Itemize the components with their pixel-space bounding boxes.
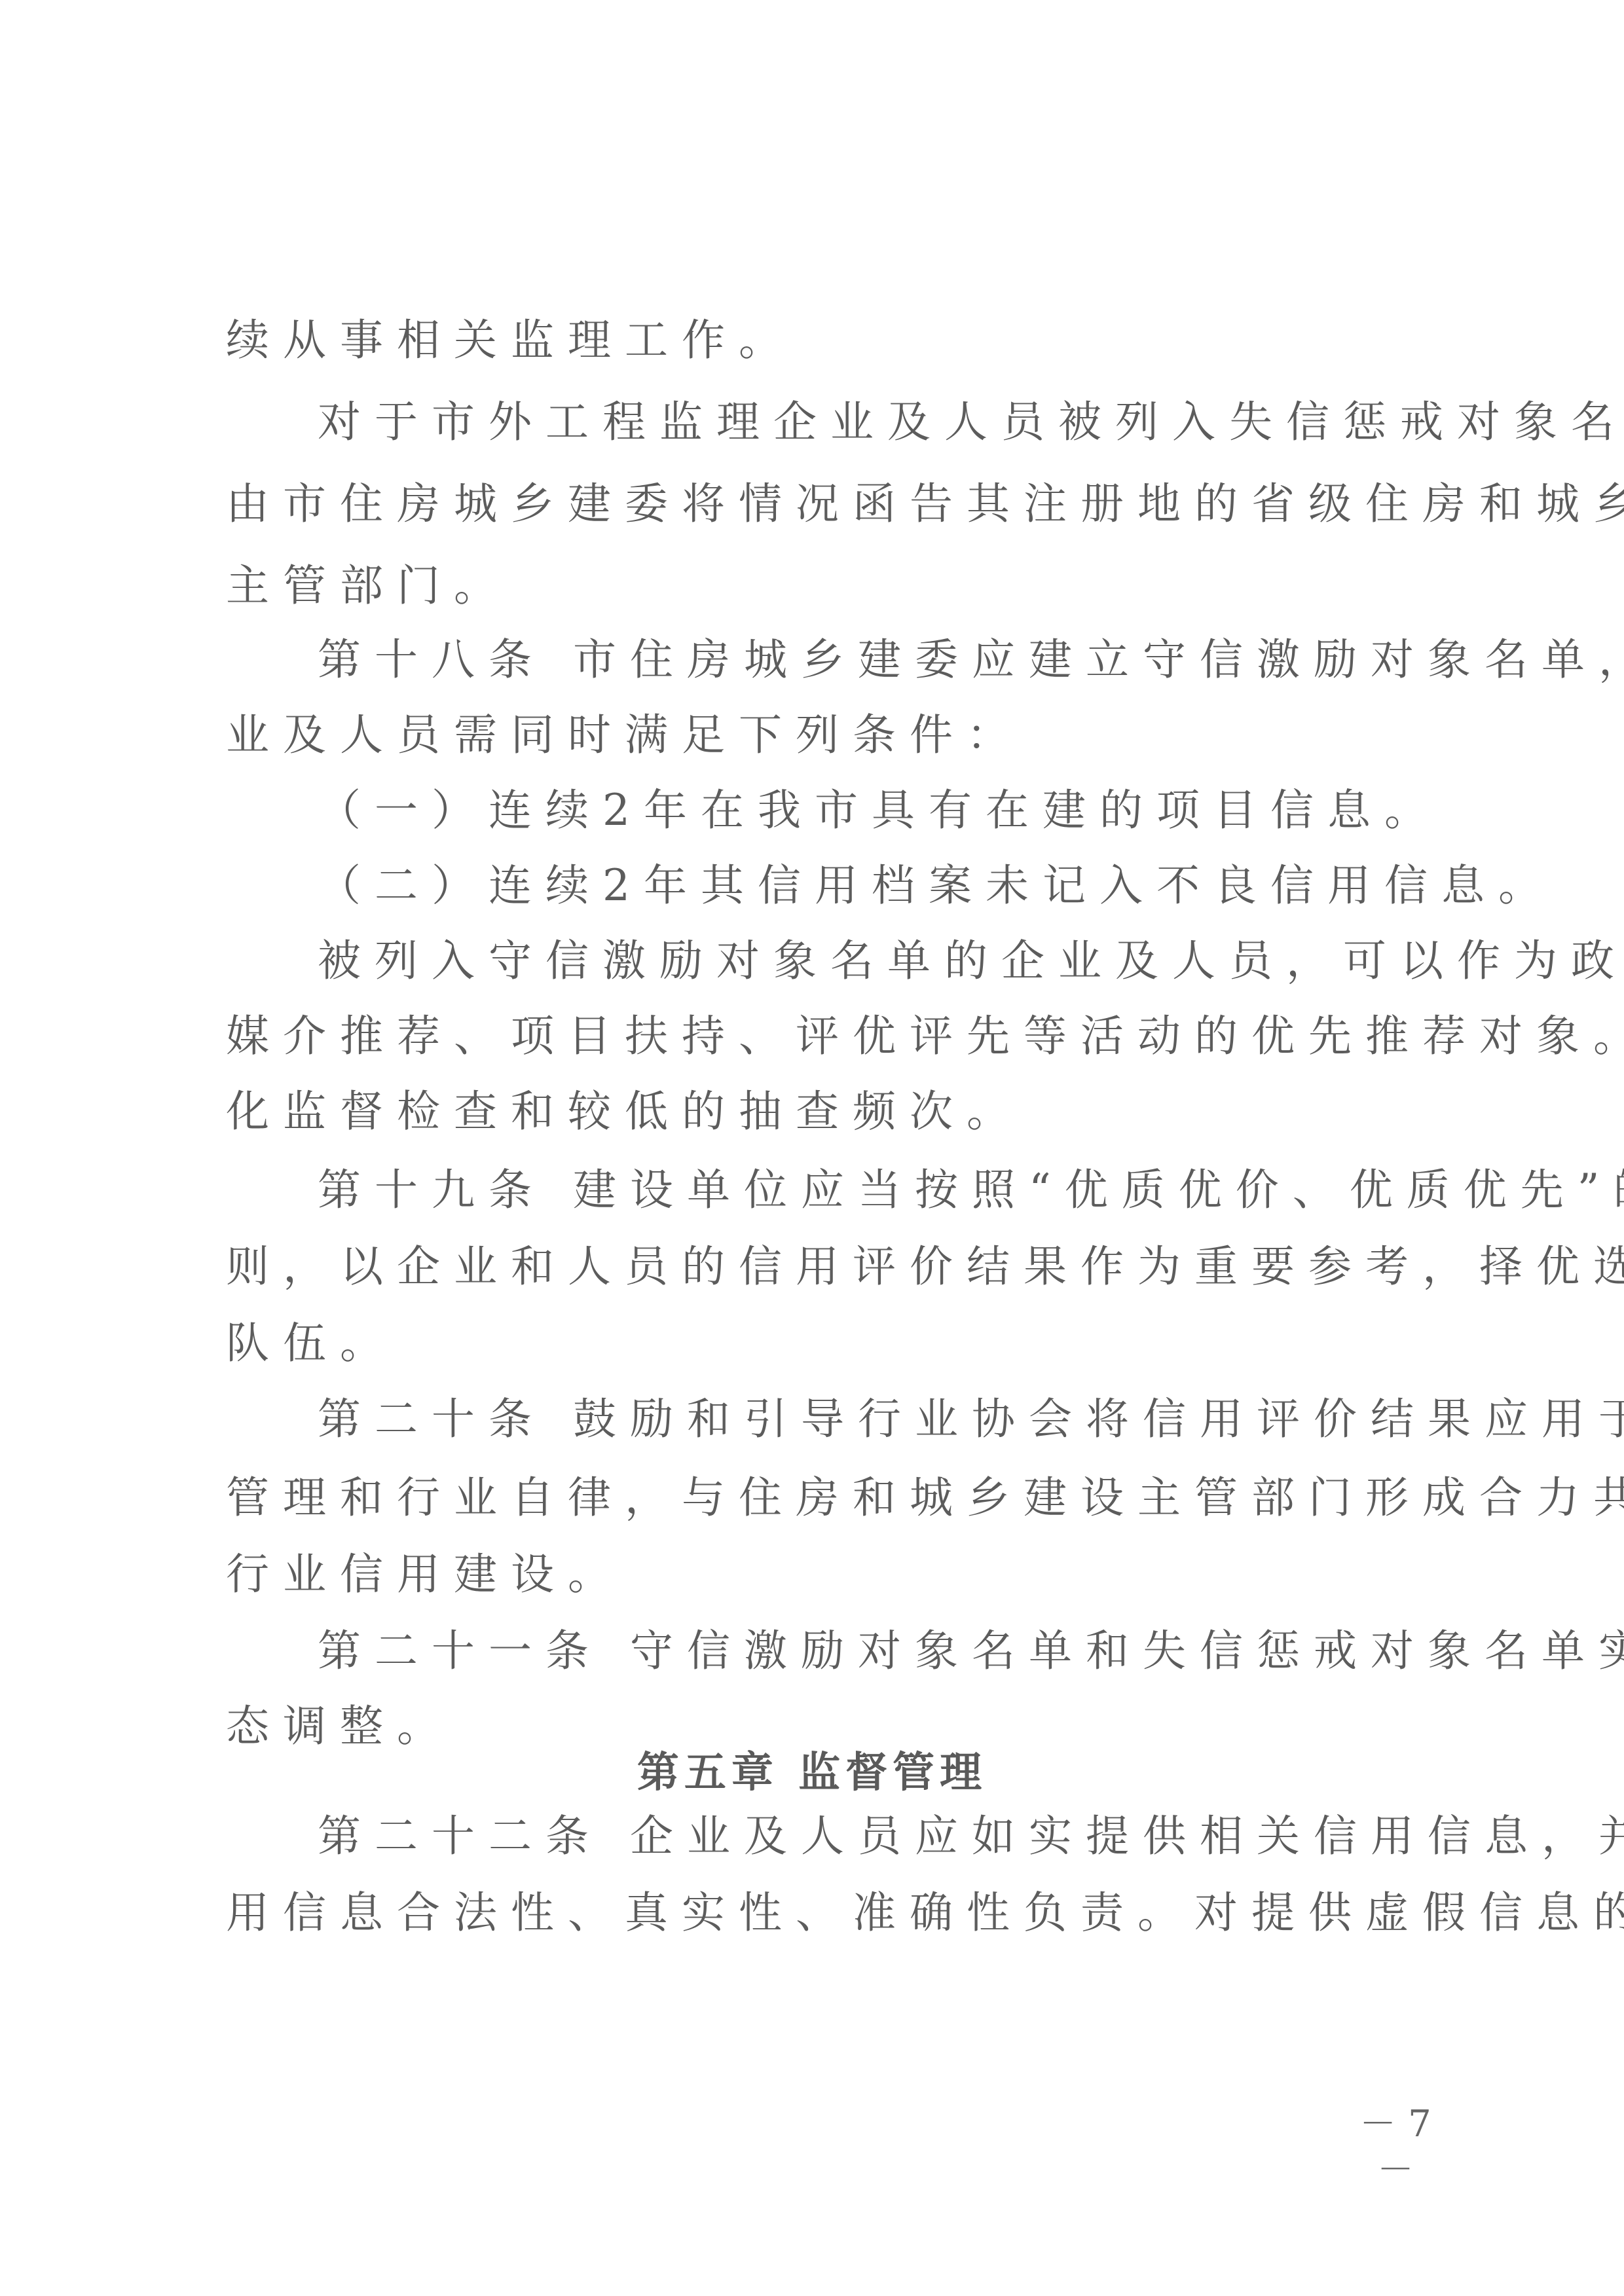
article-21: 第二十一条 守信激励对象名单和失信惩戒对象名单实行动	[318, 1625, 1549, 1677]
text-line: 态调整。	[226, 1700, 1457, 1753]
text-line: 业及人员需同时满足下列条件：	[226, 709, 1457, 761]
text-line: 续从事相关监理工作。	[226, 314, 1457, 367]
list-item: （一）连续2年在我市具有在建的项目信息。	[318, 784, 1549, 837]
article-22: 第二十二条 企业及人员应如实提供相关信用信息，并对信	[318, 1810, 1549, 1863]
text-line: 行业信用建设。	[226, 1548, 1457, 1601]
document-page: 续从事相关监理工作。 对于市外工程监理企业及人员被列入失信惩戒对象名单的， 由市…	[0, 0, 1624, 2296]
text-line: 用信息合法性、真实性、准确性负责。对提供虚假信息的，住房	[226, 1887, 1457, 1939]
text-line: 队伍。	[226, 1317, 1457, 1370]
text-line: 由市住房城乡建委将情况函告其注册地的省级住房和城乡建设	[226, 478, 1457, 530]
text-line: 对于市外工程监理企业及人员被列入失信惩戒对象名单的，	[318, 396, 1549, 448]
page-number: －7－	[1336, 2102, 1467, 2193]
article-20: 第二十条 鼓励和引导行业协会将信用评价结果应用于会员	[318, 1393, 1549, 1446]
text-line: 管理和行业自律，与住房和城乡建设主管部门形成合力共同推动	[226, 1472, 1457, 1524]
text-line: 化监督检查和较低的抽查频次。	[226, 1085, 1457, 1138]
text-line: 被列入守信激励对象名单的企业及人员，可以作为政策试点、	[318, 935, 1549, 987]
chapter-heading: 第五章 监督管理	[0, 1747, 1624, 1799]
article-19: 第十九条 建设单位应当按照“优质优价、优质优先”的原	[318, 1164, 1549, 1216]
list-item: （二）连续2年其信用档案未记入不良信用信息。	[318, 860, 1549, 912]
text-line: 媒介推荐、项目扶持、评优评先等活动的优先推荐对象。实施简	[226, 1010, 1457, 1063]
text-line: 则，以企业和人员的信用评价结果作为重要参考，择优选择监理	[226, 1241, 1457, 1293]
text-line: 主管部门。	[226, 560, 1457, 612]
article-18: 第十八条 市住房城乡建委应建立守信激励对象名单，其企	[318, 634, 1549, 686]
